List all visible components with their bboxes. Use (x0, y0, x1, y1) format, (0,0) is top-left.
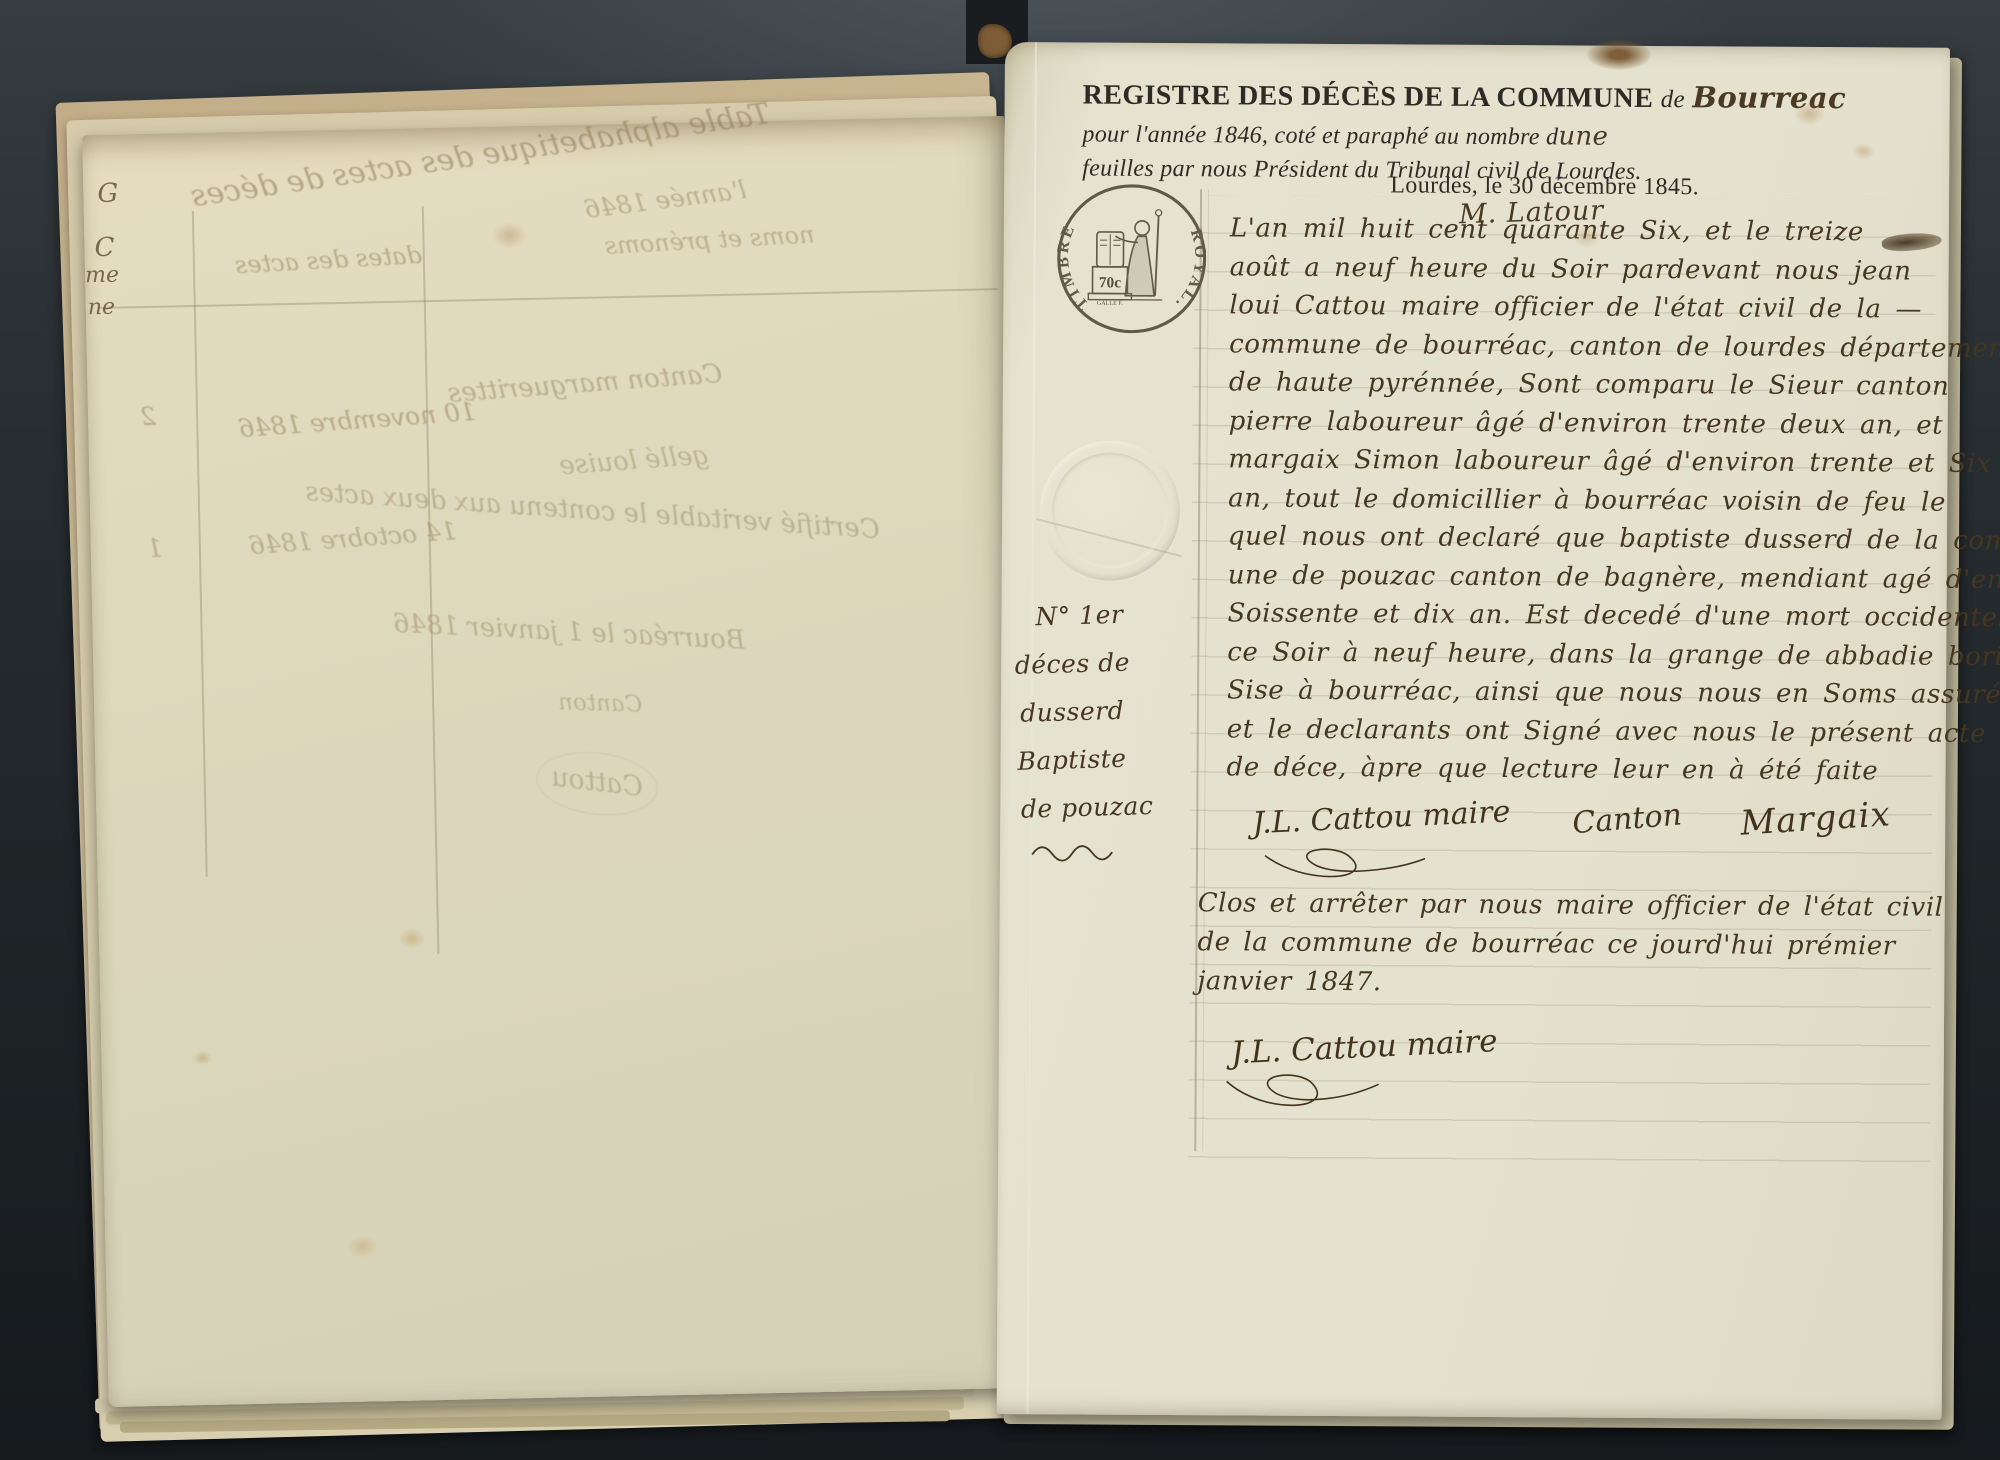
margin-note-line: déces de (1014, 646, 1175, 699)
closing-line: de la commune de bourréac ce jourd'hui p… (1197, 927, 1943, 971)
margin-note-line: de pouzac (1018, 790, 1179, 843)
stamp-engraver: GALLE F. (1097, 301, 1124, 307)
bleedthrough-row-date: 10 novembre 1846 (237, 397, 476, 443)
act-line: ce Soir à neuf heure, dans la grange de … (1227, 637, 1939, 680)
act-line: margaix Simon laboureur âgé d'environ tr… (1228, 444, 1940, 487)
table-rule-horizontal (98, 288, 998, 308)
bleedthrough-word: Canton (558, 689, 643, 718)
closing-statement: Clos et arrêter par nous maire officier … (1197, 888, 1943, 1010)
header-line2: pour l'année 1846, coté et paraphé au no… (1082, 118, 1732, 152)
act-line: an, tout le domicillier à bourréac voisi… (1228, 483, 1940, 526)
margin-note-line: dusserd (1016, 694, 1177, 747)
stain-top-edge (1587, 40, 1651, 70)
stamp-value: 70c (1099, 274, 1121, 291)
left-page: Table alphabetique des actes de déces l'… (82, 116, 1030, 1407)
edge-ink-snippet: C (94, 233, 115, 263)
closing-signature-flourish (1218, 1071, 1388, 1114)
signature-witness-margaix: Margaix (1739, 794, 1892, 843)
bleedthrough-row-num: 2 (140, 402, 157, 431)
title-de: de (1661, 86, 1686, 113)
death-act-text: L'an mil huit cent quarante Six, et le t… (1226, 213, 1942, 795)
bleedthrough-row-name: gellé louise (558, 440, 710, 481)
foxing-spot (399, 928, 425, 949)
foxing-spot (1574, 227, 1600, 247)
table-rule-vertical (422, 206, 439, 954)
foxing-spot (1852, 143, 1874, 159)
act-line: commune de bourréac, canton de lourdes d… (1229, 329, 1941, 372)
bleedthrough-row-date: 14 octobre 1846 (248, 516, 458, 560)
embossed-seal (1040, 440, 1181, 581)
header-line2-printed: pour l'année 1846, coté et paraphé au no… (1082, 121, 1558, 150)
register-title-line: REGISTRE DES DÉCÈS DE LA COMMUNE de Bour… (1083, 76, 1733, 115)
foxing-spot (347, 1235, 377, 1258)
table-rule-vertical (192, 211, 207, 877)
register-title: REGISTRE DES DÉCÈS DE LA COMMUNE (1083, 79, 1654, 113)
edge-ink-snippet: G (97, 179, 118, 209)
margin-note-line: Baptiste (1017, 742, 1178, 795)
act-line: Soissente et dix an. Est decedé d'une mo… (1227, 598, 1939, 641)
closing-line: janvier 1847. (1197, 966, 1943, 1010)
stamp-text-left: TIMBRE (1053, 220, 1092, 314)
signature-flourish (1255, 844, 1435, 885)
timbre-royal-stamp: TIMBRE ROYAL. 70c GALLE F. (1053, 180, 1210, 337)
act-line: quel nous ont declaré que baptiste dusse… (1228, 521, 1940, 564)
bleedthrough-col-date-header: dates des actes (234, 241, 422, 279)
seal-crease (1036, 518, 1182, 557)
bleedthrough-col-name-header: noms et prénoms (604, 220, 815, 260)
act-signatures: J.L. Cattou maire Canton Margaix (1252, 796, 1942, 840)
archival-register-scan: Table alphabetique des actes de déces l'… (0, 0, 2000, 1460)
sheet-count-handwritten: une (1558, 121, 1608, 151)
act-line: loui Cattou maire officier de l'état civ… (1229, 290, 1941, 333)
svg-text:TIMBRE: TIMBRE (1053, 220, 1092, 314)
margin-note-flourish (1030, 840, 1127, 865)
bleedthrough-signature-oval: Cattou (533, 746, 661, 822)
act-line: de déce, àpre que lecture leur en à été … (1226, 752, 1938, 795)
foxing-spot (1795, 103, 1825, 125)
bleedthrough-row-num: 1 (147, 534, 164, 563)
act-line: et le declarants ont Signé avec nous le … (1227, 714, 1939, 757)
act-line: une de pouzac canton de bagnère, mendian… (1228, 560, 1940, 603)
edge-ink-snippet: me (85, 263, 119, 289)
closing-line: Clos et arrêter par nous maire officier … (1198, 888, 1944, 932)
right-page: REGISTRE DES DÉCÈS DE LA COMMUNE de Bour… (997, 42, 1950, 1420)
printed-header: REGISTRE DES DÉCÈS DE LA COMMUNE de Bour… (1082, 76, 1733, 186)
edge-ink-snippet: ne (88, 295, 116, 321)
foxing-spot (492, 222, 527, 249)
signature-mayor: J.L. Cattou maire (1252, 794, 1511, 841)
act-line: pierre laboureur âgé d'environ trente de… (1229, 406, 1941, 449)
act-line: août a neuf heure du Soir pardevant nous… (1229, 252, 1941, 295)
bleedthrough-place-date: Bourréac le 1 janvier 1846 (392, 609, 745, 656)
signature-witness-canton: Canton (1571, 797, 1683, 841)
bleedthrough-row-name: Canton marguerittes (447, 359, 723, 409)
margin-note: N° 1er déces de dusserd Baptiste de pouz… (1013, 598, 1181, 869)
foxing-spot (193, 1051, 211, 1065)
margin-note-line: N° 1er (1013, 598, 1174, 651)
act-line: de haute pyrénnée, Sont comparu le Sieur… (1229, 367, 1941, 410)
act-line: Sise à bourréac, ainsi que nous nous en … (1227, 675, 1939, 718)
stamp-graphic: TIMBRE ROYAL. 70c GALLE F. (1053, 180, 1210, 337)
bleedthrough-subtitle: l'année 1846 (583, 175, 748, 224)
